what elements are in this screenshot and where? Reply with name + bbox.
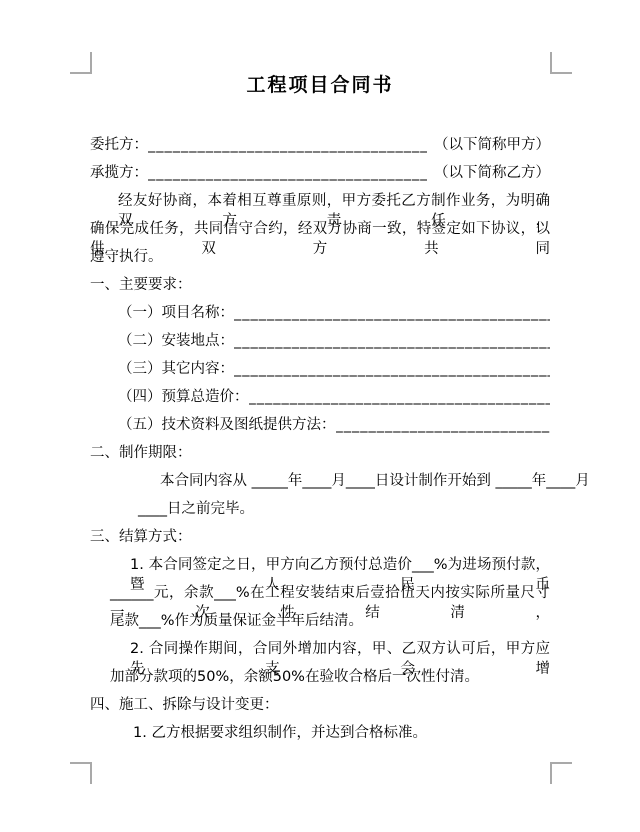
party-alias: （以下简称乙方） [434,163,550,183]
party-row-client: 委托方： ___________________________________… [90,135,550,155]
document-title: 工程项目合同书 [0,72,640,98]
section4-clause1-line: 1. 乙方根据要求组织制作，并达到合格标准。 [133,723,427,743]
form-row-label: （四）预算总造价： [118,387,249,407]
blank-underline: ________________________________________… [148,135,427,155]
party-alias: （以下简称甲方） [434,135,550,155]
form-row-label: （一）项目名称： [118,303,234,323]
section1-heading: 一、主要要求： [90,275,192,295]
form-row-technical-docs: （五）技术资料及图纸提供方法： ________________________… [118,415,550,435]
text-boundary-mark-bottom-right [550,762,572,784]
blank-underline: ________________________________________… [336,415,551,435]
section4-heading: 四、施工、拆除与设计变更： [90,695,279,715]
text-boundary-mark-top-right [550,52,572,74]
text-boundary-mark-top-left [70,52,92,74]
blank-underline: ________________________________________… [148,163,427,183]
section3-clause1-line: 尾款___%作为质量保证金半年后结清。 [110,611,363,631]
section2-line: 本合同内容从 _____年____月____日设计制作开始到 _____年___… [160,471,590,491]
party-label: 承揽方： [90,163,148,183]
form-row-project-name: （一）项目名称： _______________________________… [118,303,550,323]
party-row-contractor: 承揽方： ___________________________________… [90,163,550,183]
form-row-other-content: （三）其它内容： _______________________________… [118,359,550,379]
section2-heading: 二、制作期限： [90,443,192,463]
blank-underline: ________________________________________… [234,331,550,351]
section3-clause2-line: 加部分款项的50%，余额50%在验收合格后一次性付清。 [110,667,479,687]
party-label: 委托方： [90,135,148,155]
blank-underline: ________________________________________… [234,359,550,379]
intro-line: 遵守执行。 [90,247,163,267]
form-row-label: （二）安装地点： [118,331,234,351]
blank-underline: ________________________________________… [249,387,551,407]
form-row-budget-total: （四）预算总造价： ______________________________… [118,387,550,407]
blank-underline: ________________________________________… [234,303,550,323]
section3-heading: 三、结算方式： [90,527,192,547]
form-row-label: （五）技术资料及图纸提供方法： [118,415,336,435]
form-row-install-location: （二）安装地点： _______________________________… [118,331,550,351]
contract-document-page: 工程项目合同书 委托方： ___________________________… [0,0,640,832]
text-boundary-mark-bottom-left [70,762,92,784]
form-row-label: （三）其它内容： [118,359,234,379]
section2-line: ____日之前完毕。 [138,499,254,519]
